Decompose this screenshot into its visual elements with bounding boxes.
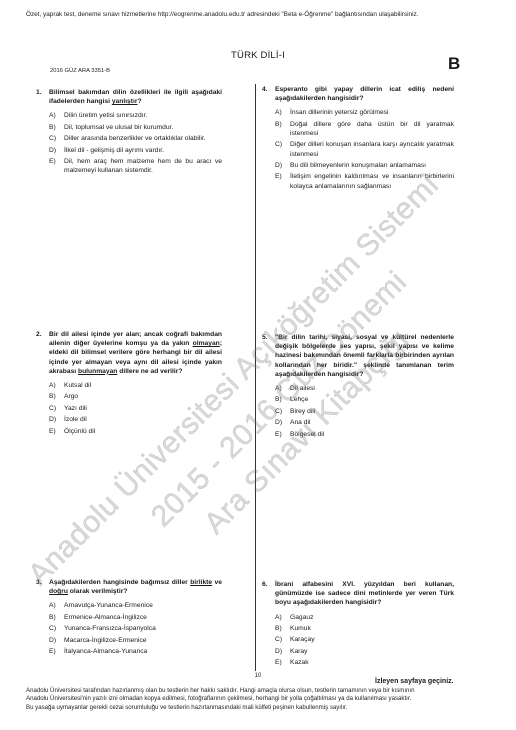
option-letter: C) — [275, 407, 290, 416]
option-letter: B) — [275, 395, 290, 404]
question-1: 1. Bilimsel bakımdan dilin özellikleri i… — [36, 88, 222, 178]
emphasized-word: doğru — [49, 588, 68, 595]
option-text: İletişim engelinin kaldırılması ve insan… — [290, 172, 454, 190]
answer-option: A)İnsan dillerinin yetersiz görülmesi — [275, 108, 454, 117]
option-letter: A) — [275, 108, 290, 117]
options-list: A)Kutsal dilB)ArgoC)Yazı diliD)İzole dil… — [36, 381, 222, 436]
course-title: TÜRK DİLİ-I — [0, 50, 516, 61]
option-text: İnsan dillerinin yetersiz görülmesi — [290, 108, 454, 117]
answer-option: E)İletişim engelinin kaldırılması ve ins… — [275, 172, 454, 190]
option-text: Dil, toplumsal ve ulusal bir kurumdur. — [64, 123, 222, 132]
option-text: Macarca-İngilizce-Ermenice — [64, 636, 222, 645]
option-text: Bölgesel dil — [290, 430, 454, 439]
stem-part: Aşağıdakilerden hangisinde bağımsız dill… — [49, 579, 190, 586]
answer-option: C)Diğer dilleri konuşan insanlara karşı … — [275, 140, 454, 158]
emphasized-word: yanlıştır — [112, 98, 138, 105]
question-text: Bilimsel bakımdan dilin özellikleri ile … — [49, 88, 222, 106]
question-number: 2. — [36, 330, 49, 376]
answer-option: C)Yunanca-Fransızca-İspanyolca — [49, 624, 222, 633]
options-list: A)Dilin üretim yetisi sınırsızdır.B)Dil,… — [36, 111, 222, 175]
option-text: Gagauz — [290, 613, 454, 622]
option-text: Bu dili bilmeyenlerin konuşmaları anlama… — [290, 161, 454, 170]
option-letter: D) — [49, 415, 64, 424]
option-text: Yunanca-Fransızca-İspanyolca — [64, 624, 222, 633]
option-letter: B) — [49, 392, 64, 401]
question-number: 5. — [262, 333, 275, 379]
answer-option: A)Dil ailesi — [275, 384, 454, 393]
question-stem: 6. İbrani alfabesini XVI. yüzyıldan beri… — [262, 580, 454, 608]
option-letter: B) — [275, 624, 290, 633]
stem-part: olarak verilmiştir? — [68, 588, 127, 595]
option-text: Doğal dillere göre daha üstün bir dil ya… — [290, 120, 454, 138]
answer-option: C)Birey dili — [275, 407, 454, 416]
option-text: Karaçay — [290, 635, 454, 644]
column-divider — [255, 84, 256, 671]
option-letter: B) — [275, 120, 290, 138]
answer-option: A)Kutsal dil — [49, 381, 222, 390]
question-number: 1. — [36, 88, 49, 106]
option-letter: E) — [49, 157, 64, 175]
stem-part: dillere ne ad verilir? — [117, 368, 182, 375]
options-list: A)Dil ailesiB)LehçeC)Birey diliD)Ana dil… — [262, 384, 454, 439]
option-letter: C) — [49, 404, 64, 413]
option-text: Kumuk — [290, 624, 454, 633]
answer-option: D)Macarca-İngilizce-Ermenice — [49, 636, 222, 645]
option-text: Karay — [290, 647, 454, 656]
option-letter: B) — [49, 613, 64, 622]
option-text: İzole dil — [64, 415, 222, 424]
answer-option: E)İtalyanca-Almanca-Yunanca — [49, 647, 222, 656]
option-letter: C) — [49, 134, 64, 143]
question-text: Esperanto gibi yapay dillerin icat edili… — [275, 85, 454, 103]
copyright-line: Anadolu Üniversitesi'nin yazılı izni olm… — [26, 695, 496, 703]
option-letter: A) — [275, 384, 290, 393]
question-3: 3. Aşağıdakilerden hangisinde bağımsız d… — [36, 578, 222, 658]
stem-part: ve — [212, 579, 222, 586]
answer-option: E)Kazak — [275, 658, 454, 667]
answer-option: D)İlkel dil - gelişmiş dil ayrımı vardır… — [49, 146, 222, 155]
stem-part: ? — [137, 98, 141, 105]
question-number: 3. — [36, 578, 49, 596]
answer-option: D)Karay — [275, 647, 454, 656]
exam-code: 2016 GÜZ ARA 3351-B — [50, 68, 110, 74]
question-stem: 3. Aşağıdakilerden hangisinde bağımsız d… — [36, 578, 222, 596]
booklet-letter: B — [448, 54, 460, 74]
options-list: A)İnsan dillerinin yetersiz görülmesiB)D… — [262, 108, 454, 190]
option-letter: C) — [275, 635, 290, 644]
copyright-notice: Anadolu Üniversitesi tarafından hazırlan… — [26, 687, 496, 712]
option-text: Argo — [64, 392, 222, 401]
option-text: Lehçe — [290, 395, 454, 404]
answer-option: B)Argo — [49, 392, 222, 401]
option-text: Kutsal dil — [64, 381, 222, 390]
option-letter: A) — [275, 613, 290, 622]
answer-option: B)Lehçe — [275, 395, 454, 404]
option-text: Dil, hem araç hem malzeme hem de bu arac… — [64, 157, 222, 175]
option-letter: B) — [49, 123, 64, 132]
answer-option: B)Dil, toplumsal ve ulusal bir kurumdur. — [49, 123, 222, 132]
option-letter: A) — [49, 601, 64, 610]
option-text: Kazak — [290, 658, 454, 667]
option-letter: D) — [275, 418, 290, 427]
option-letter: A) — [49, 381, 64, 390]
answer-option: E)Ölçünlü dil — [49, 427, 222, 436]
question-stem: 2. Bir dil ailesi içinde yer alan; ancak… — [36, 330, 222, 376]
emphasized-word: olmayan — [193, 340, 220, 347]
question-2: 2. Bir dil ailesi içinde yer alan; ancak… — [36, 330, 222, 438]
question-text: Aşağıdakilerden hangisinde bağımsız dill… — [49, 578, 222, 596]
option-text: Diğer dilleri konuşan insanlara karşı ay… — [290, 140, 454, 158]
options-list: A)GagauzB)KumukC)KaraçayD)KarayE)Kazak — [262, 613, 454, 668]
question-text: İbrani alfabesini XVI. yüzyıldan beri ku… — [275, 580, 454, 608]
option-text: Dil ailesi — [290, 384, 454, 393]
question-5: 5. "Bir dilin tarihi, siyasi, sosyal ve … — [262, 333, 454, 441]
emphasized-word: birlikte — [190, 579, 212, 586]
option-text: Yazı dili — [64, 404, 222, 413]
top-note: Özet, yaprak test, deneme sınavı hizmetl… — [26, 11, 418, 18]
option-letter: E) — [275, 172, 290, 190]
option-letter: E) — [275, 430, 290, 439]
stem-part: İbrani alfabesini XVI. yüzyıldan beri ku… — [275, 581, 454, 606]
option-text: Ermenice-Almanca-İngilizce — [64, 613, 222, 622]
option-text: İtalyanca-Almanca-Yunanca — [64, 647, 222, 656]
question-number: 4. — [262, 85, 275, 103]
option-letter: C) — [49, 624, 64, 633]
option-letter: D) — [275, 647, 290, 656]
question-stem: 4. Esperanto gibi yapay dillerin icat ed… — [262, 85, 454, 103]
options-list: A)Arnavutça-Yunanca-ErmeniceB)Ermenice-A… — [36, 601, 222, 656]
option-text: Dilin üretim yetisi sınırsızdır. — [64, 111, 222, 120]
option-text: Birey dili — [290, 407, 454, 416]
answer-option: B)Ermenice-Almanca-İngilizce — [49, 613, 222, 622]
option-letter: A) — [49, 111, 64, 120]
option-text: İlkel dil - gelişmiş dil ayrımı vardır. — [64, 146, 222, 155]
question-stem: 1. Bilimsel bakımdan dilin özellikleri i… — [36, 88, 222, 106]
question-number: 6. — [262, 580, 275, 608]
answer-option: D)Ana dil — [275, 418, 454, 427]
answer-option: E)Dil, hem araç hem malzeme hem de bu ar… — [49, 157, 222, 175]
emphasized-word: bulunmayan — [78, 368, 117, 375]
option-letter: C) — [275, 140, 290, 158]
option-text: Ölçünlü dil — [64, 427, 222, 436]
option-letter: E) — [49, 647, 64, 656]
option-text: Ana dil — [290, 418, 454, 427]
answer-option: C)Karaçay — [275, 635, 454, 644]
answer-option: A)Arnavutça-Yunanca-Ermenice — [49, 601, 222, 610]
answer-option: B)Doğal dillere göre daha üstün bir dil … — [275, 120, 454, 138]
option-letter: D) — [49, 636, 64, 645]
answer-option: C)Yazı dili — [49, 404, 222, 413]
answer-option: C)Diller arasında benzerlikler ve ortakl… — [49, 134, 222, 143]
answer-option: D)Bu dili bilmeyenlerin konuşmaları anla… — [275, 161, 454, 170]
answer-option: B)Kumuk — [275, 624, 454, 633]
option-text: Arnavutça-Yunanca-Ermenice — [64, 601, 222, 610]
copyright-line: Bu yasağa uymayanlar gerekli cezai sorum… — [26, 704, 496, 712]
stem-part: Esperanto gibi yapay dillerin icat edili… — [275, 86, 454, 102]
option-letter: D) — [49, 146, 64, 155]
copyright-line: Anadolu Üniversitesi tarafından hazırlan… — [26, 687, 496, 695]
question-text: "Bir dilin tarihi, siyasi, sosyal ve kül… — [275, 333, 454, 379]
question-stem: 5. "Bir dilin tarihi, siyasi, sosyal ve … — [262, 333, 454, 379]
answer-option: A)Dilin üretim yetisi sınırsızdır. — [49, 111, 222, 120]
answer-option: E)Bölgesel dil — [275, 430, 454, 439]
answer-option: A)Gagauz — [275, 613, 454, 622]
question-6: 6. İbrani alfabesini XVI. yüzyıldan beri… — [262, 580, 454, 670]
option-letter: E) — [49, 427, 64, 436]
option-letter: E) — [275, 658, 290, 667]
question-4: 4. Esperanto gibi yapay dillerin icat ed… — [262, 85, 454, 193]
option-text: Diller arasında benzerlikler ve ortaklık… — [64, 134, 222, 143]
answer-option: D)İzole dil — [49, 415, 222, 424]
option-letter: D) — [275, 161, 290, 170]
question-text: Bir dil ailesi içinde yer alan; ancak co… — [49, 330, 222, 376]
stem-part: "Bir dilin tarihi, siyasi, sosyal ve kül… — [275, 334, 454, 378]
next-page-note: İzleyen sayfaya geçiniz. — [375, 678, 454, 685]
